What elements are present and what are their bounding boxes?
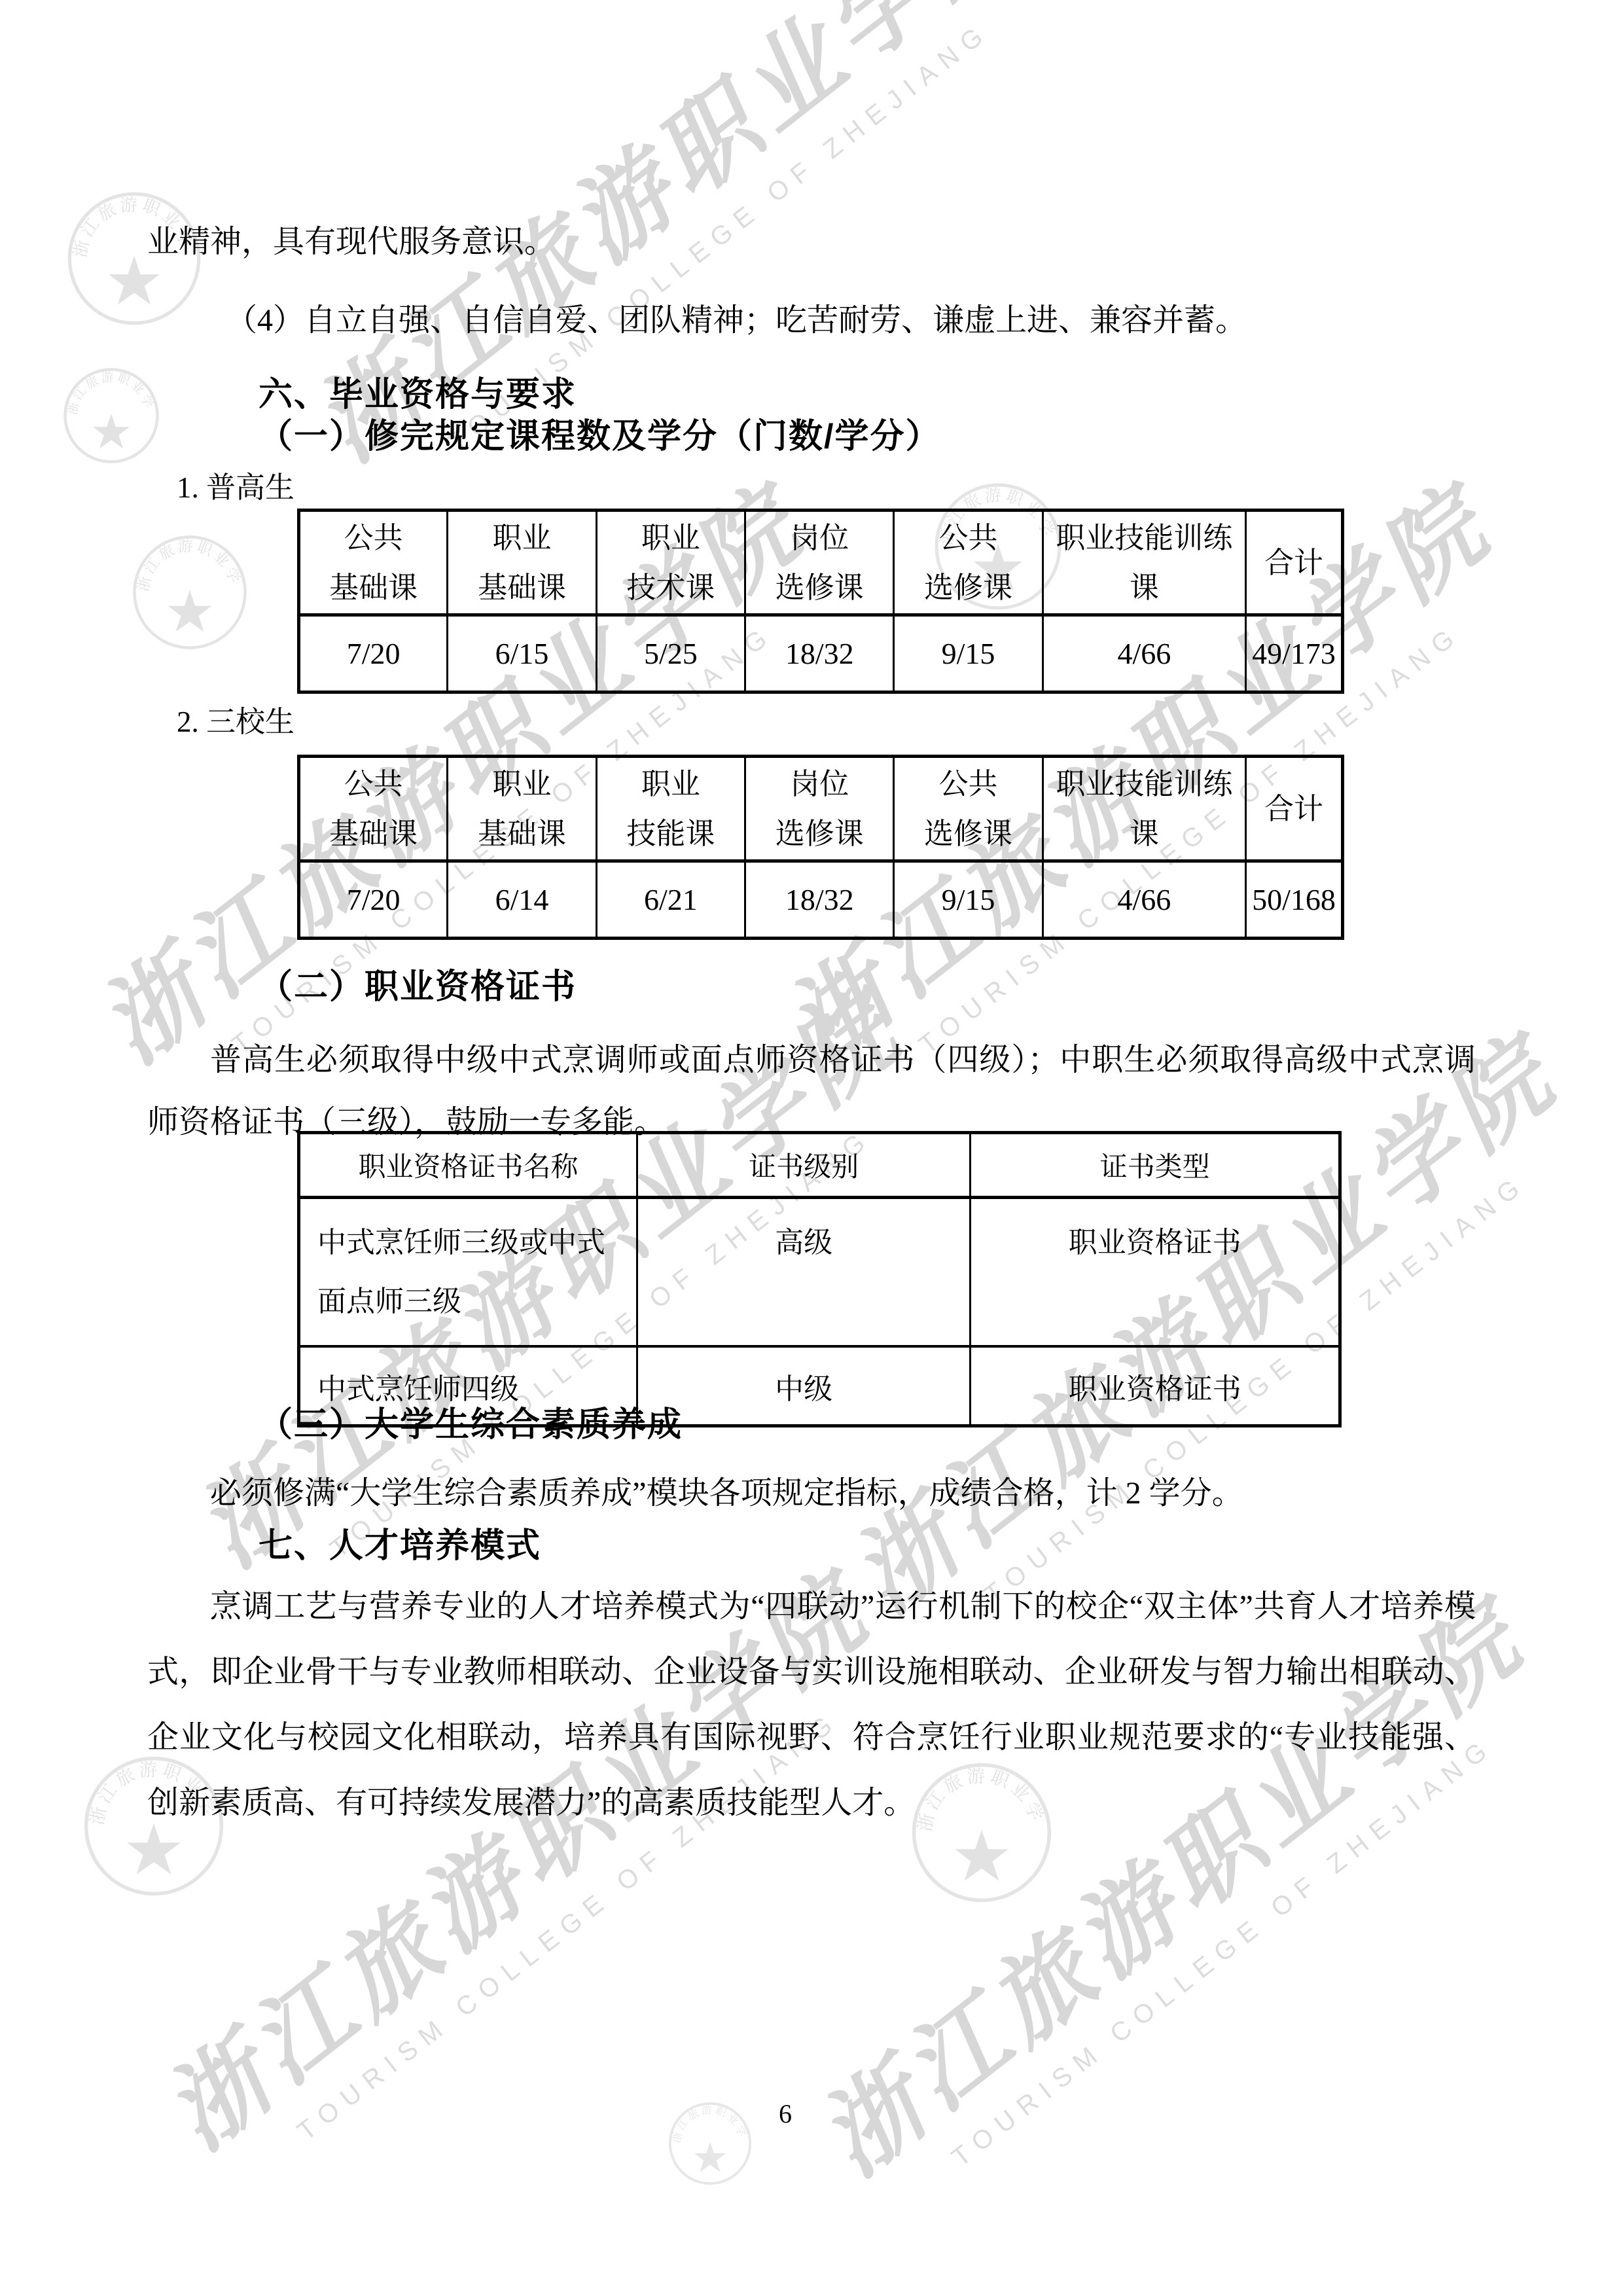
heading-sub2-certificates: （二）职业资格证书 xyxy=(259,954,577,1020)
table-row: 中式烹饪师三级或中式 面点师三级 高级 职业资格证书 xyxy=(299,1198,1340,1347)
cert-type-cell: 职业资格证书 xyxy=(971,1346,1340,1426)
value-cell: 6/14 xyxy=(448,861,596,939)
value-cell: 49/173 xyxy=(1246,615,1343,692)
table-header-row: 公共 基础课 职业 基础课 职业 技能课 岗位 选修课 公共 选修课 职业技能训… xyxy=(299,757,1343,861)
value-cell: 6/21 xyxy=(596,861,745,939)
header-cell: 岗位 选修课 xyxy=(745,511,894,615)
header-cell: 职业资格证书名称 xyxy=(299,1133,637,1198)
cert-type-cell: 职业资格证书 xyxy=(971,1198,1340,1347)
header-cell: 职业 技能课 xyxy=(596,757,745,861)
table-value-row: 7/20 6/14 6/21 18/32 9/15 4/66 50/168 xyxy=(299,861,1343,939)
page-number: 6 xyxy=(0,2094,1571,2134)
document-content: 业精神，具有现代服务意识。 （4）自立自强、自信自爱、团队精神；吃苦耐劳、谦虚上… xyxy=(0,0,1623,2296)
table-certificates: 职业资格证书名称 证书级别 证书类型 中式烹饪师三级或中式 面点师三级 高级 职… xyxy=(297,1131,1342,1427)
paragraph-item4: （4）自立自强、自信自爱、团队精神；吃苦耐劳、谦虚上进、兼容并蓄。 xyxy=(147,288,1476,353)
table-regular-students: 公共 基础课 职业 基础课 职业 技术课 岗位 选修课 公共 选修课 职业技能训… xyxy=(297,509,1344,694)
header-cell: 合计 xyxy=(1246,757,1343,861)
value-cell: 18/32 xyxy=(745,615,894,692)
heading-sub3-quality: （三）大学生综合素质养成 xyxy=(259,1392,683,1458)
value-cell: 18/32 xyxy=(745,861,894,939)
heading-sub1-courses-credits: （一）修完规定课程数及学分（门数/学分） xyxy=(259,404,940,469)
header-cell: 公共 选修课 xyxy=(894,511,1043,615)
value-cell: 6/15 xyxy=(448,615,596,692)
label-sanxiao-students: 2. 三校生 xyxy=(177,696,294,748)
header-cell: 职业 基础课 xyxy=(448,511,596,615)
table-value-row: 7/20 6/15 5/25 18/32 9/15 4/66 49/173 xyxy=(299,615,1343,692)
value-cell: 4/66 xyxy=(1043,861,1245,939)
header-cell: 证书级别 xyxy=(637,1133,971,1198)
table-header-row: 公共 基础课 职业 基础课 职业 技术课 岗位 选修课 公共 选修课 职业技能训… xyxy=(299,511,1343,615)
document-page: 浙江旅游职业学院 TOURISM COLLEGE OF ZHEJIANG 浙江旅… xyxy=(0,0,1623,2296)
header-cell: 职业 基础课 xyxy=(448,757,596,861)
value-cell: 7/20 xyxy=(299,861,448,939)
value-cell: 7/20 xyxy=(299,615,448,692)
header-cell: 职业 技术课 xyxy=(596,511,745,615)
paragraph-continuation: 业精神，具有现代服务意识。 xyxy=(147,209,556,275)
value-cell: 4/66 xyxy=(1043,615,1245,692)
cert-level-cell: 中级 xyxy=(637,1346,971,1426)
header-cell: 公共 基础课 xyxy=(299,757,448,861)
header-cell: 合计 xyxy=(1246,511,1343,615)
table-sanxiao-students: 公共 基础课 职业 基础课 职业 技能课 岗位 选修课 公共 选修课 职业技能训… xyxy=(297,755,1344,940)
heading-section7: 七、人才培养模式 xyxy=(259,1513,541,1579)
value-cell: 9/15 xyxy=(894,861,1043,939)
value-cell: 5/25 xyxy=(596,615,745,692)
cert-level-cell: 高级 xyxy=(637,1198,971,1347)
label-regular-students: 1. 普高生 xyxy=(177,461,294,514)
cert-name-cell: 中式烹饪师三级或中式 面点师三级 xyxy=(299,1198,637,1347)
value-cell: 50/168 xyxy=(1246,861,1343,939)
header-cell: 职业技能训练 课 xyxy=(1043,511,1245,615)
table-header-row: 职业资格证书名称 证书级别 证书类型 xyxy=(299,1133,1340,1198)
header-cell: 岗位 选修课 xyxy=(745,757,894,861)
header-cell: 公共 基础课 xyxy=(299,511,448,615)
header-cell: 公共 选修课 xyxy=(894,757,1043,861)
paragraph-training-mode: 烹调工艺与营养专业的人才培养模式为“四联动”运行机制下的校企“双主体”共育人才培… xyxy=(147,1574,1476,1836)
value-cell: 9/15 xyxy=(894,615,1043,692)
header-cell: 证书类型 xyxy=(971,1133,1340,1198)
header-cell: 职业技能训练 课 xyxy=(1043,757,1245,861)
